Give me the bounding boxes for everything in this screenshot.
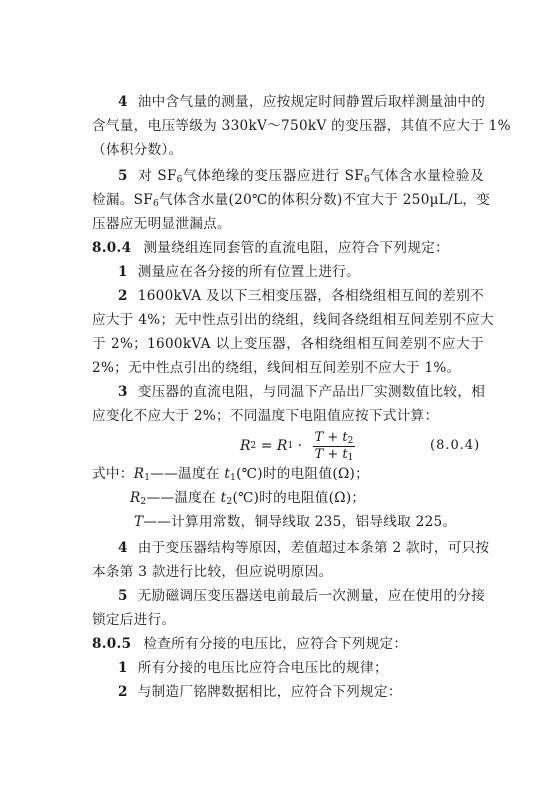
s804-item-2-line-4: 2%；无中性点引出的绕组，线间相互间差别不应大于 1%。: [92, 358, 484, 378]
where-def-t: T——计算用常数，铜导线取 235，铝导线取 225。: [134, 512, 456, 532]
where-def-r2: R2——温度在 t2(℃)时的电阻值(Ω)；: [130, 488, 365, 508]
item-4-line-3: （体积分数）。: [92, 140, 484, 160]
s805-item-2: 2与制造厂铭牌数据相比，应符合下列规定：: [118, 682, 484, 702]
s804-item-4-line-1: 4由于变压器结构等原因，差值超过本条第 2 款时，可只按: [118, 538, 484, 558]
s804-item-4-line-2: 本条第 3 款进行比较，但应说明原因。: [92, 562, 484, 582]
s805-item-1: 1所有分接的电压比应符合电压比的规律；: [118, 658, 484, 678]
item-4-line-2: 含气量，电压等级为 330kV～750kV 的变压器，其值不应大于 1%: [92, 116, 484, 136]
formula-fraction: T + t2 T + t1: [313, 430, 356, 463]
where-def-r1: 式中：R1——温度在 t1(℃)时的电阻值(Ω)；: [92, 464, 369, 484]
s804-item-2-line-3: 于 2%；1600kVA 以上变压器，各相绕组相互间差别不应大于: [92, 334, 484, 354]
item-5-line-2: 检漏。SF6气体含水量(20℃的体积分数)不宜大于 250μL/L，变: [92, 190, 484, 210]
document-page: 4油中含气量的测量，应按规定时间静置后取样测量油中的 含气量，电压等级为 330…: [0, 0, 549, 798]
s804-item-5-line-2: 锁定后进行。: [92, 610, 484, 630]
equation-number: (8.0.4): [430, 436, 480, 456]
s804-item-5-line-1: 5无励磁调压变压器送电前最后一次测量，应在使用的分接: [118, 586, 484, 606]
section-8-0-5-heading: 8.0.5检查所有分接的电压比，应符合下列规定：: [92, 634, 484, 654]
s804-item-1: 1测量应在各分接的所有位置上进行。: [118, 262, 484, 282]
item-4-line-1: 4油中含气量的测量，应按规定时间静置后取样测量油中的: [118, 92, 484, 112]
section-8-0-4-heading: 8.0.4测量绕组连同套管的直流电阻，应符合下列规定：: [92, 238, 484, 258]
s804-item-2-line-2: 应大于 4%；无中性点引出的绕组，线间各绕组相互间差别不应大: [92, 310, 484, 330]
s804-item-3-line-2: 应变化不应大于 2%；不同温度下电阻值应按下式计算：: [92, 406, 484, 426]
s804-item-2-line-1: 21600kVA 及以下三相变压器，各相绕组相互间的差别不: [118, 286, 484, 306]
item-5-line-1: 5对 SF6气体绝缘的变压器应进行 SF6气体含水量检验及: [118, 166, 484, 186]
formula-8-0-4: R2 = R1 · T + t2 T + t1: [240, 428, 355, 464]
item-5-line-3: 压器应无明显泄漏点。: [92, 214, 484, 234]
s804-item-3-line-1: 3变压器的直流电阻，与同温下产品出厂实测数值比较，相: [118, 382, 484, 402]
